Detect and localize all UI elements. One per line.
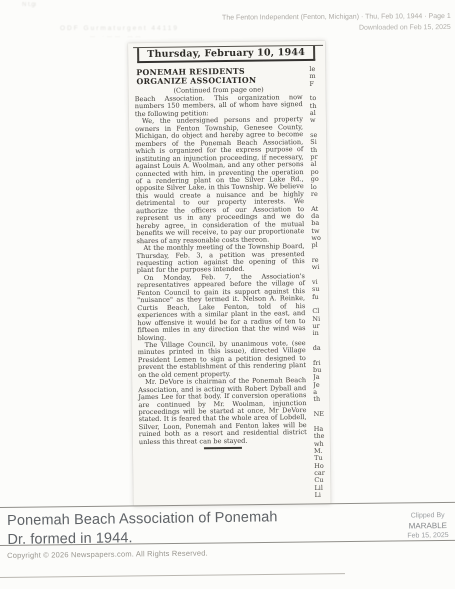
article-paragraph: The Village Council, by unanimous vote, …	[138, 340, 306, 379]
article-column: PONEMAH RESIDENTS ORGANIZE ASSOCIATION (…	[134, 66, 307, 504]
article-headline: PONEMAH RESIDENTS ORGANIZE ASSOCIATION	[136, 66, 302, 86]
article-paragraph: At the monthly meeting of the Township B…	[136, 243, 304, 275]
ghost-print-artifact: N t.gi	[22, 2, 36, 8]
article-end-rule	[204, 447, 242, 449]
clipped-by-label: Clipped By	[407, 511, 448, 522]
ghost-print-artifact: — ·—— ——	[90, 34, 143, 40]
ghost-print-artifact: ODF Gurmaturgent 44119	[60, 25, 179, 32]
adjacent-column-fragments: le m F to th al w se Si th pr al po go l…	[309, 66, 329, 502]
page-bottom-rule	[0, 573, 345, 578]
article-paragraph: On Monday, Feb. 7, the Association's rep…	[137, 273, 306, 342]
download-date: Downloaded on Feb 15, 2025	[222, 22, 451, 35]
clipping-columns: PONEMAH RESIDENTS ORGANIZE ASSOCIATION (…	[134, 66, 329, 504]
copyright-notice: Copyright © 2026 Newspapers.com. All Rig…	[7, 549, 208, 560]
newspaper-clipping-scan: Thursday, February 10, 1944 PONEMAH RESI…	[128, 41, 331, 506]
print-header: The Fenton Independent (Fenton, Michigan…	[222, 11, 451, 35]
clipped-by-block: Clipped By MARABLE Feb 15, 2025	[407, 511, 449, 542]
article-paragraph: We, the undersigned persons and property…	[135, 116, 305, 245]
article-paragraph: Mr. DeVore is chairman of the Ponemah Be…	[138, 377, 307, 446]
newspaper-date-line: Thursday, February 10, 1944	[137, 46, 315, 63]
clipped-by-user: MARABLE	[407, 521, 448, 532]
printed-clipping-page: The Fenton Independent (Fenton, Michigan…	[0, 0, 455, 589]
